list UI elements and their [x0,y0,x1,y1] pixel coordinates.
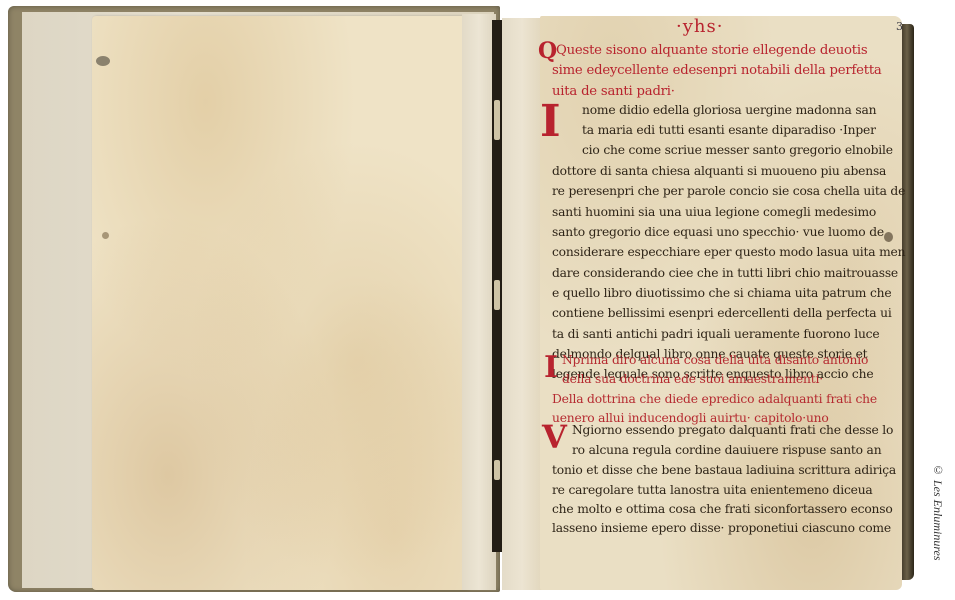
rubric-line: della sua doctrina ede suoi amaestrament… [562,372,823,386]
text-line: ta di santi antichi padri iquali ueramen… [552,327,879,341]
spine-thread [494,100,500,140]
text-line: che molto e ottima cosa che frati siconf… [552,502,893,516]
text-line: dare considerando ciee che in tutti libr… [552,266,898,280]
text-line: re peresenpri che per parole concio sie … [552,184,905,198]
wormhole [102,232,109,239]
spine-thread [494,460,500,480]
wormhole [884,232,893,242]
text-line: re caregolare tutta lanostra uita enient… [552,483,873,497]
text-line: lasseno insieme epero disse· proponetiui… [552,521,891,535]
text-line: Ngiorno essendo pregato dalquanti frati … [572,423,893,437]
text-line: considerare especchiare eper questo modo… [552,245,905,259]
title-line: sime edeycellente edesenpri notabili del… [552,63,882,78]
rubric-initial: I [544,350,558,385]
decorated-initial: I [540,96,561,147]
title-line: uita de santi padri· [552,84,675,99]
flyleaf-stub [462,14,496,590]
chapter-initial: V [542,418,567,456]
right-cover-edge [900,24,914,580]
right-gutter-strip [502,18,542,590]
rubric-line: Della dottrina che diede epredico adalqu… [552,392,877,406]
text-line: nome didio edella gloriosa uergine madon… [582,103,876,117]
folio-number: 3 [896,20,903,33]
spine-thread [494,280,500,310]
text-line: cio che come scriue messer santo gregori… [582,143,893,157]
text-line: dottore di santa chiesa alquanti si muou… [552,164,886,178]
copyright-watermark: © Les Enluminures [930,463,945,561]
text-line: santi huomini sia una uiua legione comeg… [552,205,876,219]
title-initial: Q [538,38,557,64]
text-line: tonio et disse che bene bastaua ladiuina… [552,463,896,477]
rubric-line: Nprima diro alcuna cosa della uita disan… [562,353,868,367]
text-line: e quello libro diuotissimo che si chiama… [552,286,891,300]
ink-stain [96,56,110,66]
title-line: Queste sisono alquante storie ellegende … [556,43,867,58]
text-line: santo gregorio dice equasi uno specchio·… [552,225,884,239]
text-line: ro alcuna regula cordine dauiuere rispus… [572,443,881,457]
left-blank-flyleaf [92,16,470,590]
ihs-monogram: ·yhs· [676,16,723,37]
text-line: contiene bellissimi esenpri edercellenti… [552,306,892,320]
text-line: ta maria edi tutti esanti esante diparad… [582,123,876,137]
